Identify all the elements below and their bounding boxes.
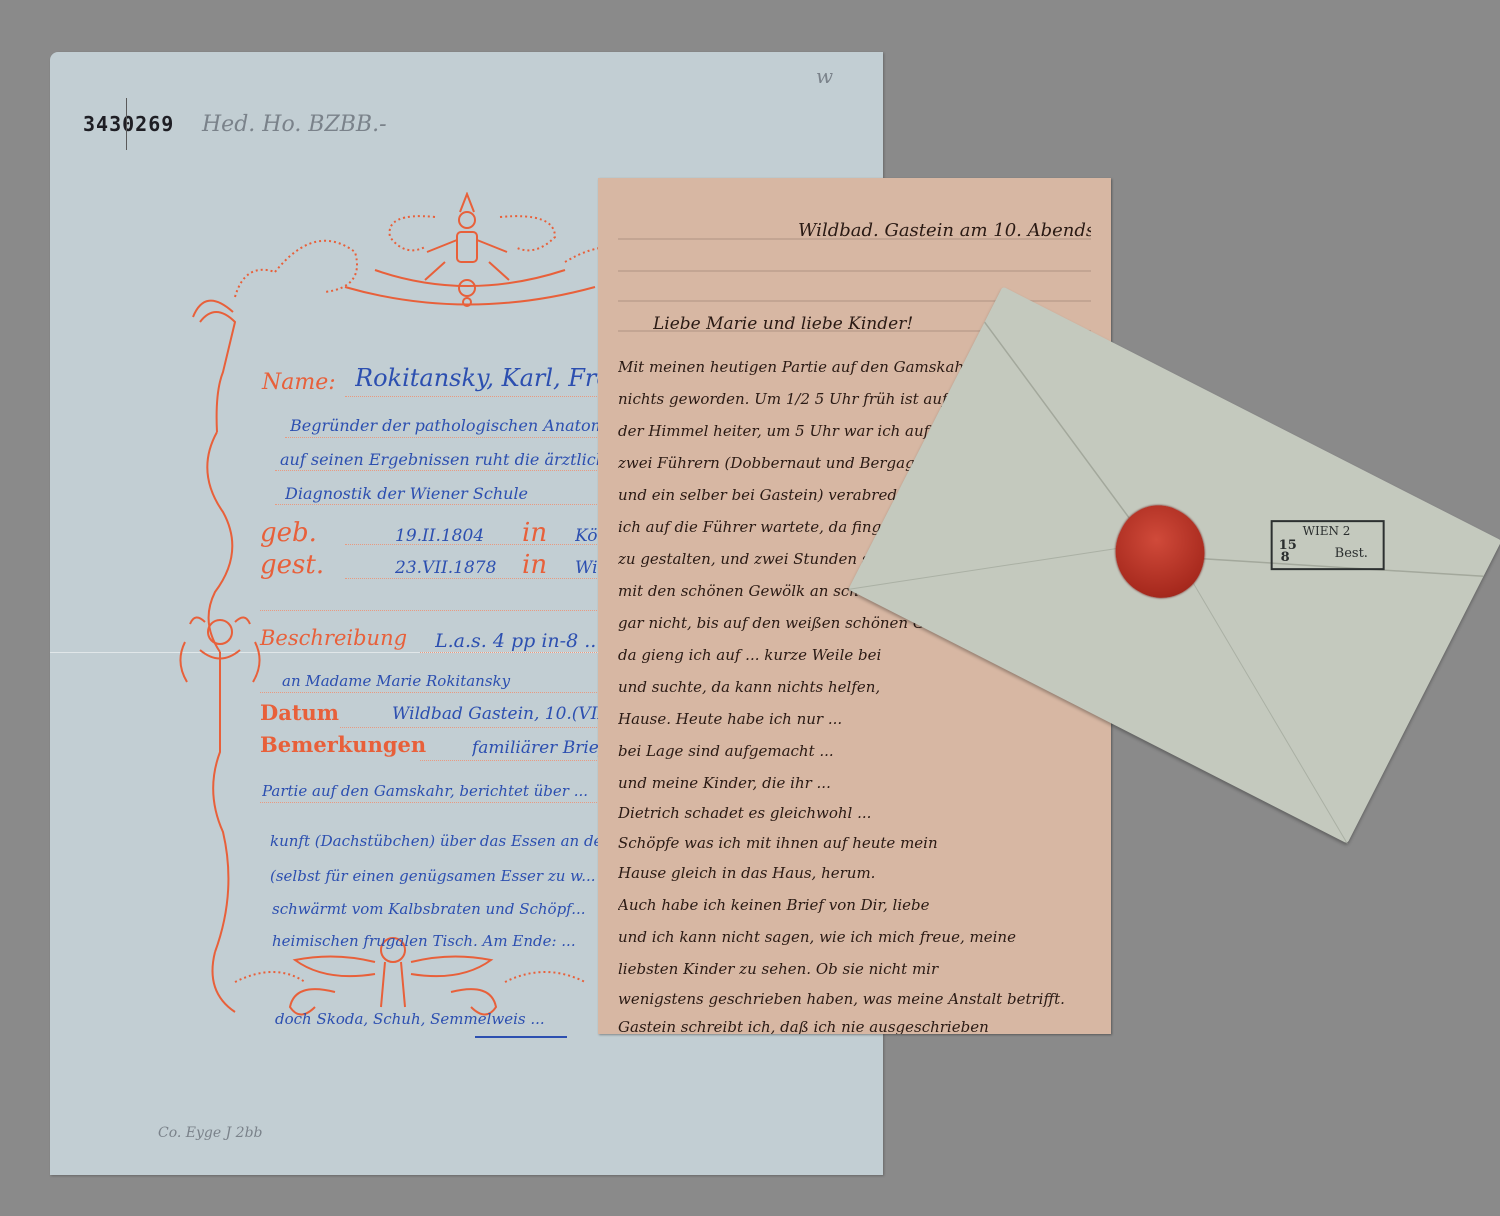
letter-line: bei Lage sind aufgemacht ... xyxy=(618,742,1091,760)
letter-line: und ich kann nicht sagen, wie ich mich f… xyxy=(618,928,1091,946)
description-label: Beschreibung xyxy=(260,626,407,650)
pencil-note-top: Hed. Ho. BZBB.- xyxy=(202,112,387,137)
letter-line: liebsten Kinder zu sehen. Ob sie nicht m… xyxy=(618,960,1091,978)
letter-line: Hause gleich in das Haus, herum. xyxy=(618,864,1091,882)
letter-line: Gastein schreibt ich, daß ich nie ausges… xyxy=(618,1018,1091,1034)
born-in-label: in xyxy=(522,518,547,548)
letter-line: Schöpfe was ich mit ihnen auf heute mein xyxy=(618,834,1091,852)
died-label: gest. xyxy=(260,550,324,580)
pencil-corner-mark: w xyxy=(816,64,833,88)
letter-line: wenigstens geschrieben haben, was meine … xyxy=(618,990,1091,1008)
letter-line: Dietrich schadet es gleichwohl ... xyxy=(618,804,1091,822)
underline-semmelweis xyxy=(475,1036,567,1038)
archive-number: 3430269 xyxy=(83,112,174,136)
remarks-label: Bemerkungen xyxy=(260,732,426,757)
letter-line: Hause. Heute habe ich nur ... xyxy=(618,710,1091,728)
name-label: Name: xyxy=(262,370,336,395)
postmark-right: Best. xyxy=(1335,546,1368,561)
died-date: 23.VII.1878 xyxy=(395,558,496,578)
died-in-label: in xyxy=(522,550,547,580)
letter-line: Auch habe ich keinen Brief von Dir, lieb… xyxy=(618,896,1091,914)
born-date: 19.II.1804 xyxy=(395,526,484,546)
date-label: Datum xyxy=(260,700,339,725)
letter-line: und meine Kinder, die ihr ... xyxy=(618,774,1091,792)
postmark-month: 8 xyxy=(1281,550,1290,565)
letter-heading: Wildbad. Gastein am 10. Abends. xyxy=(798,220,1091,241)
postmark-stamp: WIEN 2 15 8 Best. xyxy=(1271,520,1385,570)
letter-line: und suchte, da kann nichts helfen, xyxy=(618,678,1091,696)
stamp-divider-line xyxy=(126,98,127,150)
postmark-top: WIEN 2 xyxy=(1303,524,1351,538)
pencil-note-bottom: Co. Eyge J 2bb xyxy=(158,1125,263,1141)
born-label: geb. xyxy=(260,518,317,548)
